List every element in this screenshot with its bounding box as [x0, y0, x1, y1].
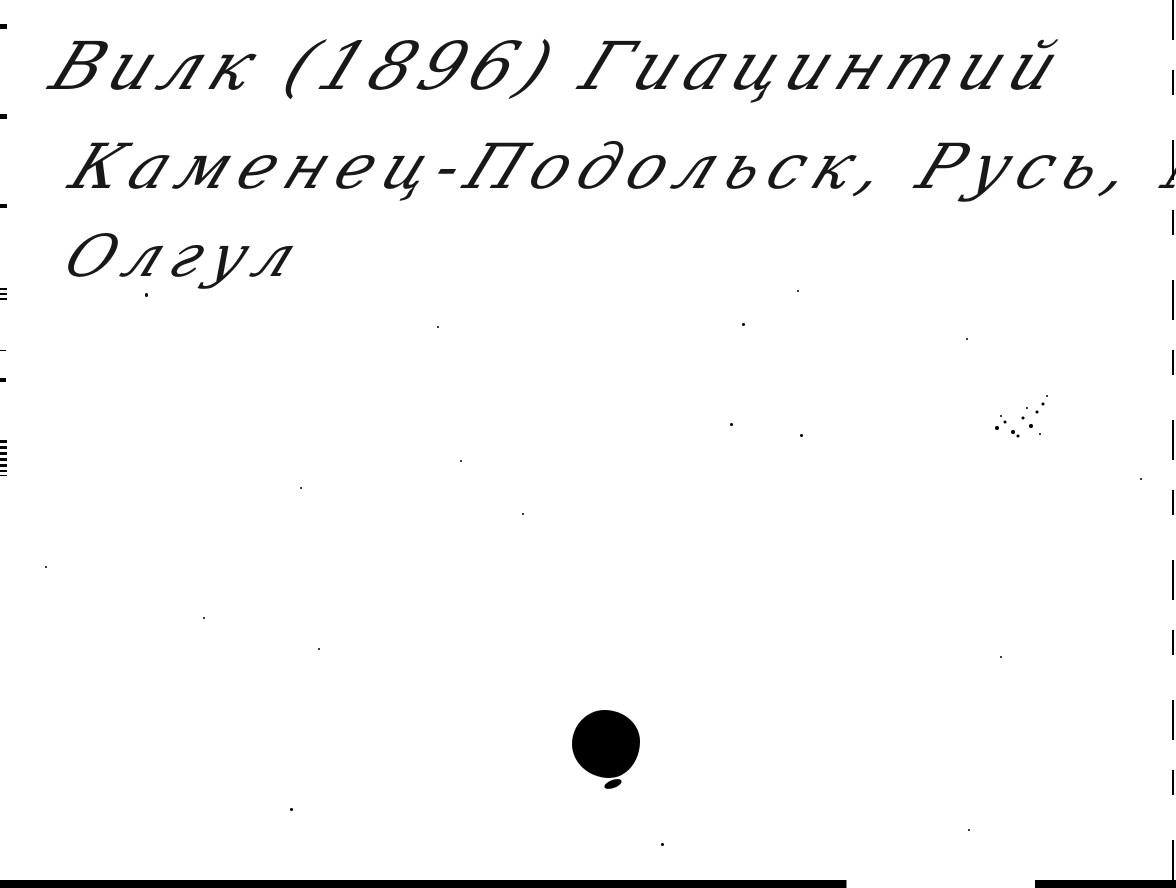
- speckle: [300, 487, 302, 489]
- handwritten-line-1: Вилк (1896) Гиацинтий: [40, 28, 1078, 105]
- speckle: [1000, 656, 1002, 658]
- speckle: [145, 293, 148, 297]
- speckle: [45, 566, 47, 568]
- handwritten-line-2: Каменец-Подольск, Русь, Медведск: [60, 130, 1176, 203]
- speckle: [742, 323, 745, 326]
- speckle: [522, 513, 524, 515]
- ink-blot: [572, 710, 640, 778]
- speckle: [800, 434, 803, 437]
- speckle: [460, 460, 462, 462]
- speckle: [966, 338, 968, 340]
- ink-blot-tail: [603, 777, 623, 791]
- speckle: [730, 423, 733, 426]
- speckle: [290, 808, 293, 811]
- speckle: [437, 326, 439, 328]
- speckle: [968, 829, 970, 831]
- scan-edge: [0, 880, 1176, 888]
- scan-edge-marks: [0, 0, 12, 888]
- index-card: Вилк (1896) Гиацинтий Каменец-Подольск, …: [0, 0, 1176, 888]
- handwritten-line-3: Олгул: [55, 222, 317, 290]
- scan-smudge: [985, 392, 1055, 442]
- speckle: [661, 843, 664, 846]
- speckle: [203, 617, 205, 619]
- speckle: [1140, 478, 1142, 480]
- speckle: [797, 290, 799, 292]
- right-scan-edge: [1172, 0, 1174, 888]
- speckle: [318, 648, 320, 650]
